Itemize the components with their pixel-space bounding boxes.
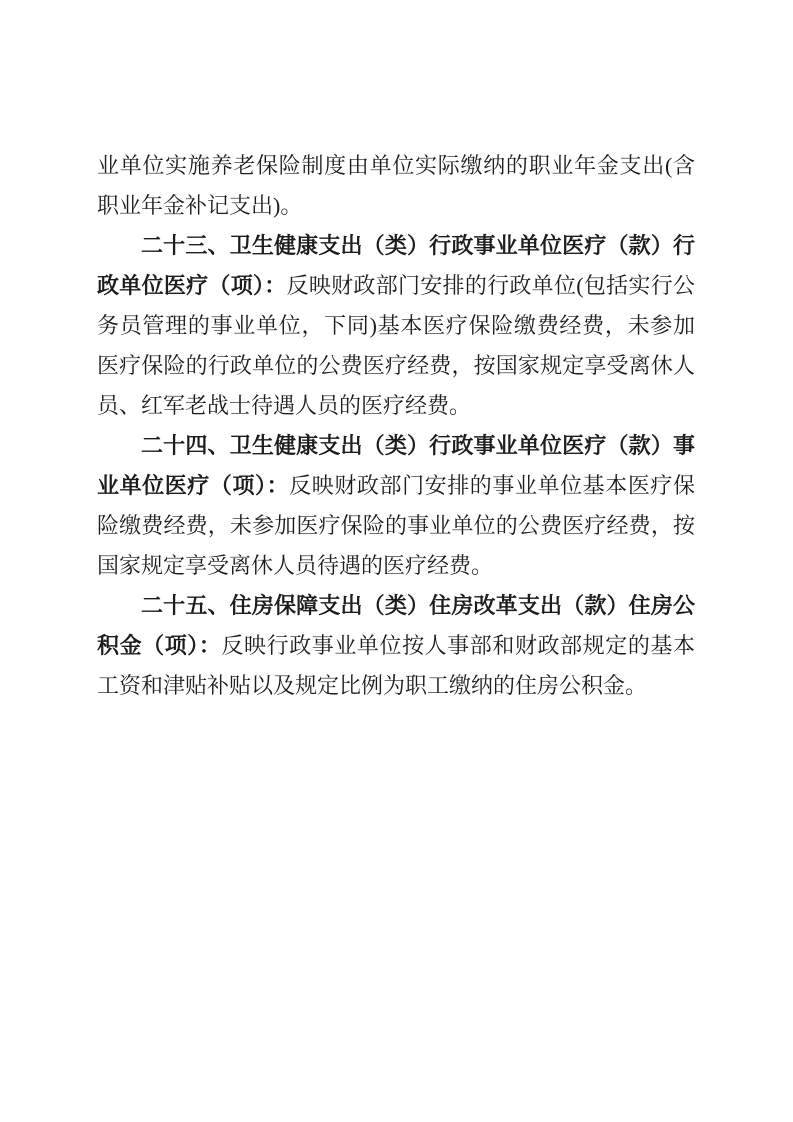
paragraph-continuation: 业单位实施养老保险制度由单位实际缴纳的职业年金支出(含职业年金补记支出)。 [97, 146, 695, 226]
text-block: 业单位实施养老保险制度由单位实际缴纳的职业年金支出(含职业年金补记支出)。 二十… [97, 146, 695, 706]
paragraph-item-23: 二十三、卫生健康支出（类）行政事业单位医疗（款）行政单位医疗（项）：反映财政部门… [97, 226, 695, 426]
document-page: 业单位实施养老保险制度由单位实际缴纳的职业年金支出(含职业年金补记支出)。 二十… [0, 0, 793, 1122]
paragraph-item-25: 二十五、住房保障支出（类）住房改革支出（款）住房公积金（项）：反映行政事业单位按… [97, 586, 695, 706]
paragraph-body: 业单位实施养老保险制度由单位实际缴纳的职业年金支出(含职业年金补记支出)。 [97, 153, 695, 218]
paragraph-item-24: 二十四、卫生健康支出（类）行政事业单位医疗（款）事业单位医疗（项）：反映财政部门… [97, 426, 695, 586]
